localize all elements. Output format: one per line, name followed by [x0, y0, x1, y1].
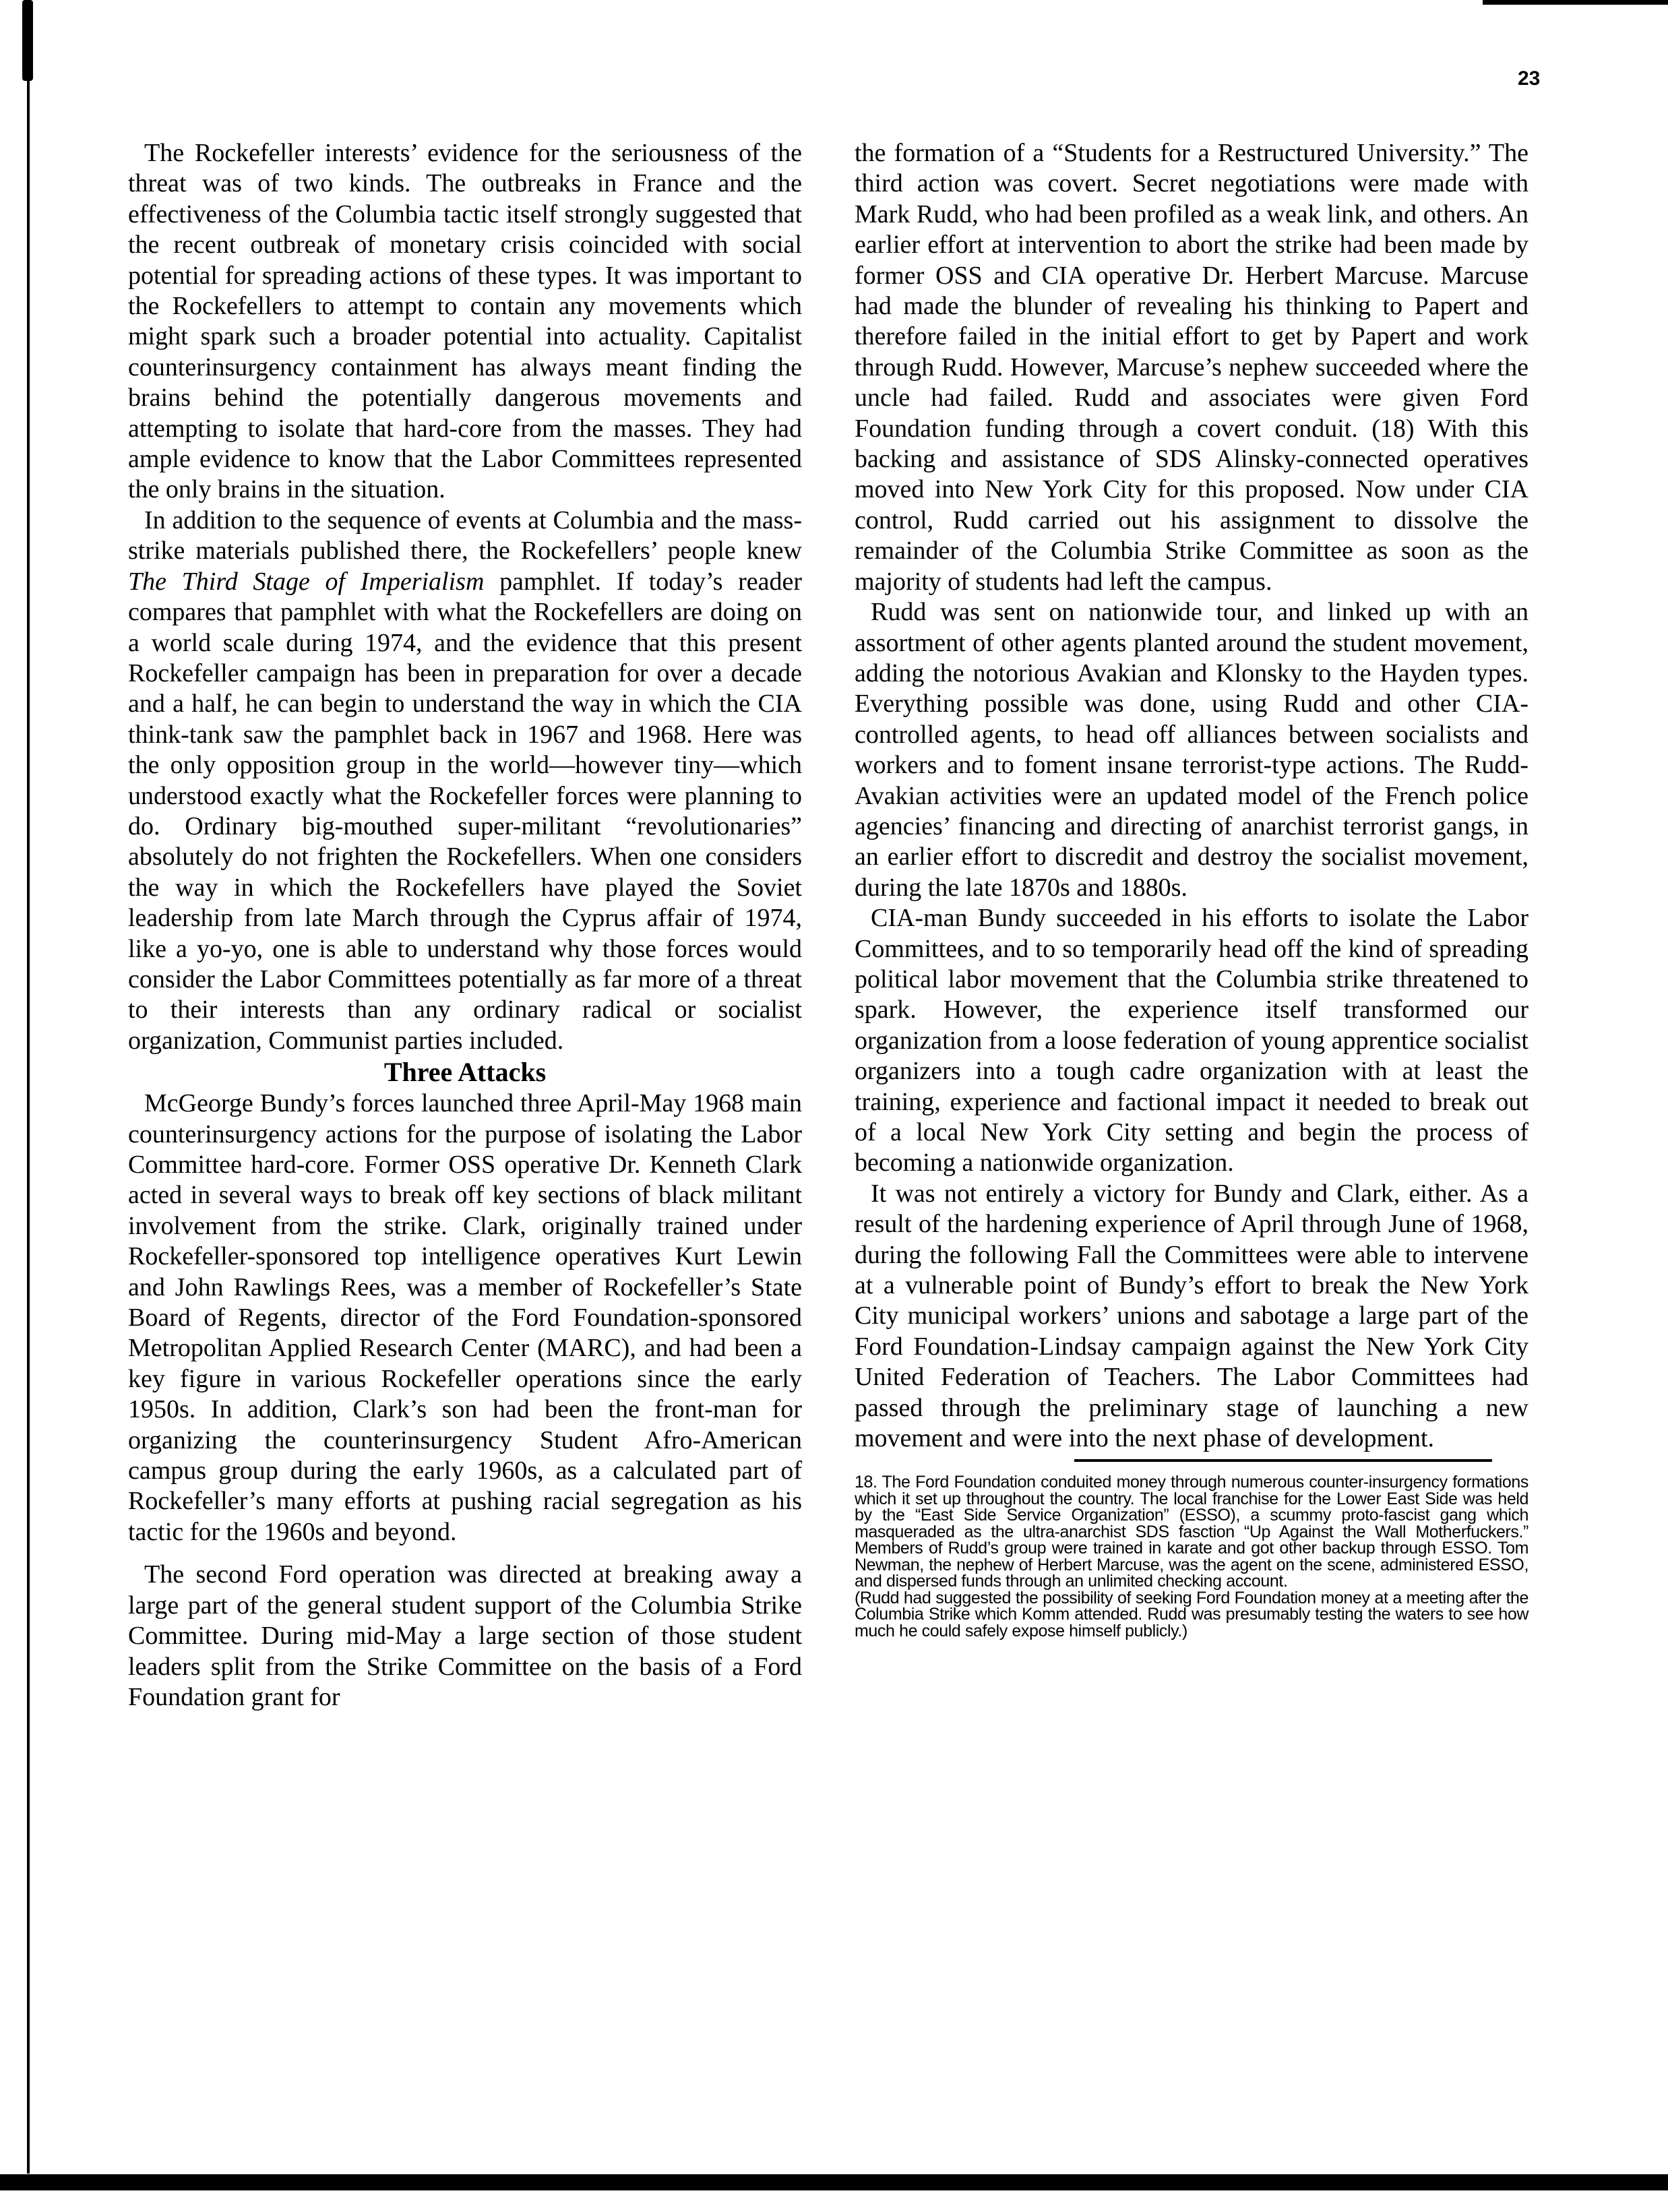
body-paragraph: In addition to the sequence of events at…: [128, 505, 802, 1056]
body-text: In addition to the sequence of events at…: [128, 506, 802, 565]
section-heading: Three Attacks: [128, 1056, 802, 1088]
body-paragraph: CIA-man Bundy succeeded in his efforts t…: [855, 903, 1528, 1179]
body-paragraph: Rudd was sent on nationwide tour, and li…: [855, 597, 1528, 903]
body-paragraph: The Rockefeller interests’ evidence for …: [128, 138, 802, 505]
footnote-divider: [1074, 1459, 1492, 1462]
body-paragraph: It was not entirely a victory for Bundy …: [855, 1179, 1528, 1454]
pamphlet-title: The Third Stage of Imperialism: [128, 567, 484, 596]
footnote: 18. The Ford Foundation conduited money …: [855, 1474, 1528, 1590]
scan-edge-bottom: [0, 2174, 1668, 2190]
body-paragraph: the formation of a “Students for a Restr…: [855, 138, 1528, 597]
right-column: the formation of a “Students for a Restr…: [855, 138, 1528, 1639]
scan-edge-left: [27, 0, 30, 2174]
document-page: 23 The Rockefeller interests’ evidence f…: [0, 0, 1668, 2212]
body-paragraph: McGeorge Bundy’s forces launched three A…: [128, 1088, 802, 1547]
scan-edge-top: [1483, 0, 1668, 5]
body-paragraph: The second Ford operation was directed a…: [128, 1560, 802, 1713]
left-column: The Rockefeller interests’ evidence for …: [128, 138, 802, 1713]
body-text: pamphlet. If today’s reader compares tha…: [128, 567, 802, 1055]
scan-artifact: [22, 0, 33, 81]
footnote: (Rudd had suggested the possibility of s…: [855, 1590, 1528, 1640]
page-number: 23: [1518, 67, 1540, 90]
